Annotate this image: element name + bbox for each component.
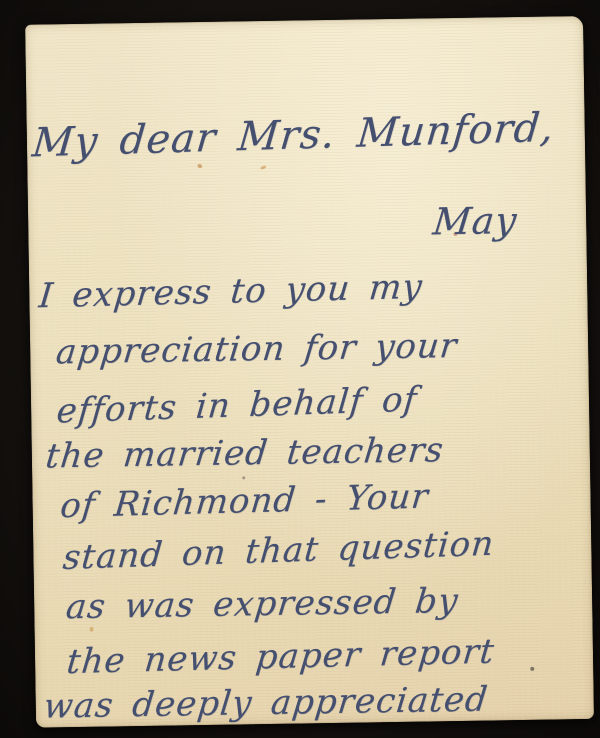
body-line-2: appreciation for your xyxy=(54,326,459,372)
photo-background: My dear Mrs. Munford, May I express to y… xyxy=(0,0,600,738)
body-line-6: stand on that question xyxy=(61,524,496,578)
body-line-7: as was expressed by xyxy=(64,581,460,627)
body-line-3: efforts in behalf of xyxy=(55,379,419,431)
foxing-spot xyxy=(90,627,94,632)
salutation-line: My dear Mrs. Munford, xyxy=(30,105,556,167)
foxing-spot xyxy=(260,165,267,170)
body-opening-word: May xyxy=(431,199,519,243)
body-line-9: was deeply appreciated xyxy=(42,680,490,727)
body-line-1: I express to you my xyxy=(37,267,424,316)
body-line-8: the news paper report xyxy=(65,632,497,683)
letter-paper: My dear Mrs. Munford, May I express to y… xyxy=(25,16,594,728)
ink-speck xyxy=(530,667,534,671)
body-line-4: the married teachers xyxy=(44,430,446,476)
body-line-5: of Richmond - Your xyxy=(58,477,430,527)
foxing-spot xyxy=(242,476,245,479)
foxing-spot xyxy=(197,163,203,169)
